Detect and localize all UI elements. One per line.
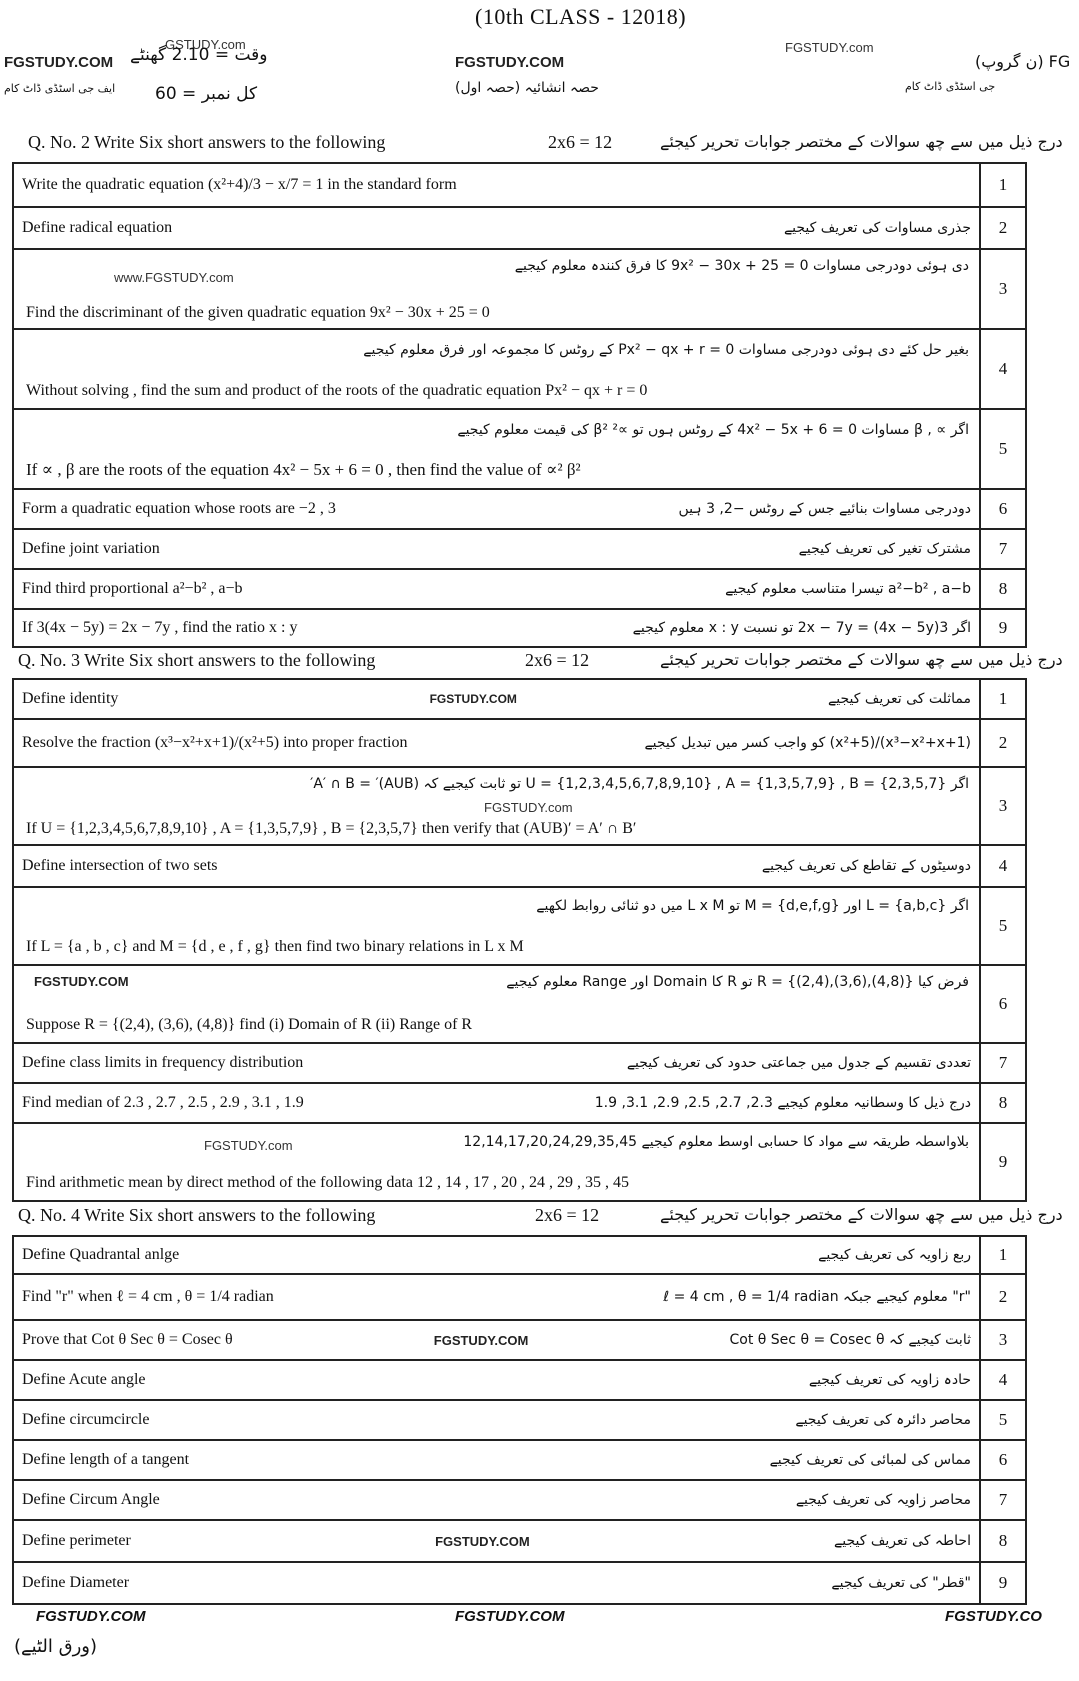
question-urdu: محاصر دائرہ کی تعریف کیجیے (795, 1412, 971, 1428)
question-urdu: حادہ زاویہ کی تعریف کیجیے (809, 1372, 971, 1388)
question-urdu: اگر 3(4x − 5y) = 2x − 7y تو نسبت x : y م… (633, 620, 971, 636)
section-marks: 2x6 = 12 (525, 650, 589, 671)
question-number: 2 (981, 1275, 1025, 1319)
question-urdu: تعددی تقسیم کے جدول میں جماعتی حدود کی ت… (627, 1055, 971, 1071)
question-urdu: "قطر" کی تعریف کیجیے (831, 1575, 971, 1591)
question-english: Define Quadrantal anlge (22, 1246, 179, 1264)
footer-watermark: FGSTUDY.COM (455, 1608, 564, 1625)
question-row: Define length of a tangent مماس کی لمبائ… (14, 1441, 1025, 1481)
watermark-urdu: جی اسٹڈی ڈاٹ کام (905, 80, 995, 93)
question-row: Define identity FGSTUDY.COM مماثلت کی تع… (14, 680, 1025, 720)
question-number: 3 (981, 1321, 1025, 1359)
question-row: Define class limits in frequency distrib… (14, 1044, 1025, 1084)
question-urdu: محاصر زاویہ کی تعریف کیجیے (796, 1492, 971, 1508)
question-urdu: اگر L = {a,b,c} اور M = {d,e,f,g} تو L x… (536, 898, 969, 914)
question-row: Define Diameter "قطر" کی تعریف کیجیے 9 (14, 1563, 1025, 1605)
time-label: وقت = 2.10 گھنٹے (130, 44, 268, 65)
question-table-q3: Define identity FGSTUDY.COM مماثلت کی تع… (12, 678, 1027, 1202)
question-english: Define identity (22, 690, 118, 708)
footer-watermark: FGSTUDY.CO (945, 1608, 1042, 1625)
question-urdu: (x³−x²+x+1)/(x²+5) کو واجب کسر میں تبدیل… (644, 735, 971, 751)
question-english: Write the quadratic equation (x²+4)/3 − … (22, 176, 457, 194)
question-number: 1 (981, 164, 1025, 206)
question-english: Define radical equation (22, 219, 172, 237)
turn-over-note: (ورق الٹیے) (14, 1636, 97, 1657)
question-urdu: مماثلت کی تعریف کیجیے (828, 691, 971, 707)
question-english: Resolve the fraction (x³−x²+x+1)/(x²+5) … (22, 734, 407, 752)
question-row: FGSTUDY.COM فرض کیا R = {(2,4),(3,6),(4,… (14, 966, 1025, 1044)
question-number: 6 (981, 1441, 1025, 1479)
watermark: FGSTUDY.COM (455, 54, 564, 71)
question-table-q2: Write the quadratic equation (x²+4)/3 − … (12, 162, 1027, 648)
question-urdu: a²−b² , a−b تیسرا متناسب معلوم کیجیے (725, 581, 971, 597)
watermark: FGSTUDY.com (204, 1138, 293, 1153)
question-english: If 3(4x − 5y) = 2x − 7y , find the ratio… (22, 619, 297, 637)
question-english: Find "r" when ℓ = 4 cm , θ = 1/4 radian (22, 1288, 274, 1306)
watermark: FGSTUDY.COM (434, 1333, 529, 1348)
question-row: Find median of 2.3 , 2.7 , 2.5 , 2.9 , 3… (14, 1084, 1025, 1124)
question-number: 4 (981, 1361, 1025, 1399)
section-marks: 2x6 = 12 (548, 132, 612, 153)
question-row: Resolve the fraction (x³−x²+x+1)/(x²+5) … (14, 720, 1025, 768)
question-number: 6 (981, 490, 1025, 528)
group-label: FG (ن گروپ) (975, 52, 1070, 71)
class-title: (10th CLASS - 12018) (475, 4, 686, 30)
question-urdu: جذری مساوات کی تعریف کیجیے (784, 220, 971, 236)
watermark: FGSTUDY.COM (4, 54, 113, 71)
question-urdu: بغیر حل کئے دی ہوئی دودرجی مساوات Px² − … (363, 342, 969, 358)
question-urdu: دی ہوئی دودرجی مساوات 9x² − 30x + 25 = 0… (515, 258, 969, 274)
question-english: Define Acute angle (22, 1371, 146, 1389)
question-row: Define joint variation مشترک تغیر کی تعر… (14, 530, 1025, 570)
question-urdu: اگر U = {1,2,3,4,5,6,7,8,9,10} , A = {1,… (310, 776, 969, 792)
question-urdu: احاطہ کی تعریف کیجیے (834, 1533, 971, 1549)
question-english: Suppose R = {(2,4), (3,6), (4,8)} find (… (26, 1016, 472, 1034)
question-english: Define class limits in frequency distrib… (22, 1054, 303, 1072)
question-urdu: ربع زاویہ کی تعریف کیجیے (818, 1247, 971, 1263)
question-urdu: مماس کی لمبائی کی تعریف کیجیے (770, 1452, 971, 1468)
question-number: 3 (981, 250, 1025, 328)
watermark-urdu: ایف جی اسٹڈی ڈاٹ کام (4, 82, 115, 95)
question-english: Define perimeter (22, 1532, 131, 1550)
question-number: 5 (981, 1401, 1025, 1439)
section-heading: Q. No. 2 Write Six short answers to the … (28, 132, 385, 153)
question-row: Define Circum Angle محاصر زاویہ کی تعریف… (14, 1481, 1025, 1521)
question-number: 2 (981, 208, 1025, 248)
section-heading: Q. No. 4 Write Six short answers to the … (18, 1205, 375, 1226)
question-row: Find "r" when ℓ = 4 cm , θ = 1/4 radian … (14, 1275, 1025, 1321)
question-number: 8 (981, 1521, 1025, 1561)
question-number: 5 (981, 410, 1025, 488)
question-english: Define joint variation (22, 540, 160, 558)
question-english: If U = {1,2,3,4,5,6,7,8,9,10} , A = {1,3… (26, 820, 636, 838)
watermark: FGSTUDY.COM (34, 974, 129, 989)
section-heading-urdu: درج ذیل میں سے چھ سوالات کے مختصر جوابات… (660, 132, 1063, 151)
question-urdu: درج ذیل کا وسطانیہ معلوم کیجیے 2.3, 2.7,… (595, 1095, 971, 1111)
question-number: 9 (981, 1124, 1025, 1200)
question-number: 9 (981, 610, 1025, 646)
question-number: 1 (981, 680, 1025, 718)
question-row: Write the quadratic equation (x²+4)/3 − … (14, 164, 1025, 208)
question-row: دی ہوئی دودرجی مساوات 9x² − 30x + 25 = 0… (14, 250, 1025, 330)
question-number: 7 (981, 1481, 1025, 1519)
part-label: حصہ انشائیہ (حصہ اول) (455, 80, 599, 96)
question-urdu: دودرجی مساوات بنائیے جس کے روٹس −2, 3 ہی… (679, 501, 971, 517)
question-english: If L = {a , b , c} and M = {d , e , f , … (26, 938, 524, 956)
question-english: Find the discriminant of the given quadr… (26, 304, 490, 322)
question-row: If 3(4x − 5y) = 2x − 7y , find the ratio… (14, 610, 1025, 648)
question-urdu: ثابت کیجیے کہ Cot θ Sec θ = Cosec θ (730, 1332, 972, 1348)
question-row: FGSTUDY.com بلاواسطہ طریقہ سے مواد کا حس… (14, 1124, 1025, 1202)
section-heading: Q. No. 3 Write Six short answers to the … (18, 650, 375, 671)
question-row: Define Quadrantal anlge ربع زاویہ کی تعر… (14, 1237, 1025, 1275)
question-row: Define perimeter FGSTUDY.COM احاطہ کی تع… (14, 1521, 1025, 1563)
question-urdu: فرض کیا R = {(2,4),(3,6),(4,8)} تو R کا … (506, 974, 969, 990)
question-english: Find third proportional a²−b² , a−b (22, 580, 243, 598)
section-marks: 2x6 = 12 (535, 1205, 599, 1226)
watermark: FGSTUDY.com (484, 800, 573, 815)
question-number: 3 (981, 768, 1025, 844)
question-number: 5 (981, 888, 1025, 964)
question-number: 6 (981, 966, 1025, 1042)
question-number: 2 (981, 720, 1025, 766)
question-number: 1 (981, 1237, 1025, 1273)
watermark: FGSTUDY.COM (430, 692, 517, 706)
question-row: اگر U = {1,2,3,4,5,6,7,8,9,10} , A = {1,… (14, 768, 1025, 846)
question-english: Form a quadratic equation whose roots ar… (22, 500, 336, 518)
question-urdu: دوسیٹوں کے تقاطع کی تعریف کیجیے (762, 858, 971, 874)
question-english: Find arithmetic mean by direct method of… (26, 1174, 629, 1192)
question-urdu: "r" معلوم کیجیے جبکہ ℓ = 4 cm , θ = 1/4 … (663, 1289, 971, 1305)
question-urdu: مشترک تغیر کی تعریف کیجیے (799, 541, 971, 557)
question-english: Find median of 2.3 , 2.7 , 2.5 , 2.9 , 3… (22, 1094, 304, 1112)
total-marks: کل نمبر = 60 (155, 84, 257, 104)
question-row: Define intersection of two sets دوسیٹوں … (14, 846, 1025, 888)
question-number: 7 (981, 530, 1025, 568)
question-number: 4 (981, 330, 1025, 408)
question-english: Define length of a tangent (22, 1451, 189, 1469)
question-row: بغیر حل کئے دی ہوئی دودرجی مساوات Px² − … (14, 330, 1025, 410)
question-row: Define radical equation جذری مساوات کی ت… (14, 208, 1025, 250)
question-row: اگر ∝ , β مساوات 4x² − 5x + 6 = 0 کے روٹ… (14, 410, 1025, 490)
question-row: Find third proportional a²−b² , a−b a²−b… (14, 570, 1025, 610)
footer-watermark: FGSTUDY.COM (36, 1608, 145, 1625)
question-row: Define circumcircle محاصر دائرہ کی تعریف… (14, 1401, 1025, 1441)
question-number: 9 (981, 1563, 1025, 1603)
question-english: Define Circum Angle (22, 1491, 160, 1509)
question-english: Define circumcircle (22, 1411, 149, 1429)
question-number: 8 (981, 570, 1025, 608)
question-row: اگر L = {a,b,c} اور M = {d,e,f,g} تو L x… (14, 888, 1025, 966)
question-urdu: اگر ∝ , β مساوات 4x² − 5x + 6 = 0 کے روٹ… (457, 422, 969, 438)
question-english: Prove that Cot θ Sec θ = Cosec θ (22, 1331, 233, 1349)
question-number: 8 (981, 1084, 1025, 1122)
section-heading-urdu: درج ذیل میں سے چھ سوالات کے مختصر جوابات… (660, 650, 1063, 669)
question-urdu: بلاواسطہ طریقہ سے مواد کا حسابی اوسط معل… (463, 1134, 969, 1150)
watermark: FGSTUDY.COM (435, 1534, 530, 1549)
watermark: FGSTUDY.com (785, 40, 874, 55)
question-english: If ∝ , β are the roots of the equation 4… (26, 460, 581, 480)
watermark: www.FGSTUDY.com (114, 270, 234, 285)
section-heading-urdu: درج ذیل میں سے چھ سوالات کے مختصر جوابات… (660, 1205, 1063, 1224)
question-row: Prove that Cot θ Sec θ = Cosec θ FGSTUDY… (14, 1321, 1025, 1361)
question-number: 4 (981, 846, 1025, 886)
question-number: 7 (981, 1044, 1025, 1082)
question-english: Define intersection of two sets (22, 857, 218, 875)
question-english: Define Diameter (22, 1574, 129, 1592)
question-row: Define Acute angle حادہ زاویہ کی تعریف ک… (14, 1361, 1025, 1401)
question-english: Without solving , find the sum and produ… (26, 382, 647, 400)
question-row: Form a quadratic equation whose roots ar… (14, 490, 1025, 530)
question-table-q4: Define Quadrantal anlge ربع زاویہ کی تعر… (12, 1235, 1027, 1605)
